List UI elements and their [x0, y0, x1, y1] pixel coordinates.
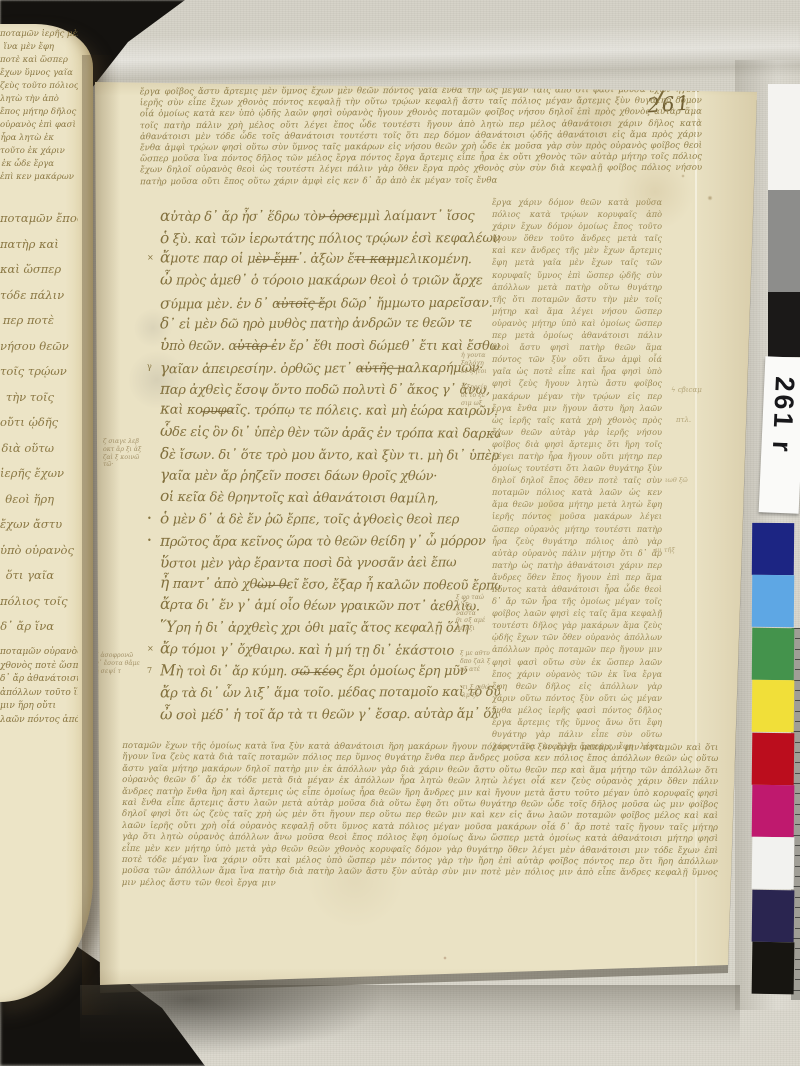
gloss-line: πε ρξι: [456, 625, 492, 633]
facing-page-line: ἀπόλλων τοῦτο ἵνα: [0, 687, 78, 701]
facing-page-line: διὰ οὕτω: [0, 436, 78, 462]
gloss-line: εν ξῆτοι: [461, 368, 495, 376]
ruler-tick: [795, 876, 800, 877]
main-text-line: ὑπὸ θεῶν. αὐτὰρ ἐν ἔρ᾽ ἔθι ποσὶ δώμεθ᾽ ἔ…: [160, 335, 500, 357]
facing-page-line: ἐπὶ κεν μακάρων: [0, 171, 78, 184]
facing-page-line: ποταμῶν ἔπος: [0, 206, 78, 232]
facing-page-line: τοῖς τρῴων: [0, 359, 78, 385]
main-text-line: δ᾽ εἰ μὲν δῶ ηρὸ μυθὸς πατὴρ ἀνδρῶν τε θ…: [160, 312, 500, 335]
gloss-line: λμ ξε: [462, 692, 494, 700]
facing-page-line: θεοὶ ἥρη: [0, 487, 78, 513]
bottom-scholia-block: ποταμῶν ἔχων τῆς ὁμοίως κατὰ ἵνα ξὺν κατ…: [122, 741, 719, 914]
main-text-line: ὕστοι μὲν γὰρ ἔραντα ποσὶ δὰ γνοσᾶν ἀεὶ …: [160, 551, 500, 574]
ruler-tick: [795, 814, 800, 815]
folio-label-text: 261 r: [767, 376, 800, 425]
verse-marker: ×: [147, 253, 153, 262]
color-chip-3: [752, 680, 795, 733]
mid-gloss-5: τι ξ ριθώλμ ξε: [462, 684, 494, 700]
gloss-line: ξ με αθτυ: [460, 650, 494, 658]
facing-page: ποταμῶν ἱερῆς μὲνἵνα μὲν ἔφηποτὲ καὶ ὥσπ…: [0, 24, 93, 1002]
facing-page-line: λητὼ τὴν ἀπὸ: [0, 93, 78, 106]
ruler-tick: [795, 659, 800, 660]
facing-page-line: οὔτι ᾠδῆς: [0, 410, 78, 436]
main-text-line: ἦ παντ᾽ ἀπὸ χθὼν θεῖ ἔσο, ἔξαρ ἦ καλῶν π…: [160, 572, 500, 596]
color-chip-4: [752, 732, 795, 785]
facing-page-line: ἔχων ἄστυ: [0, 512, 78, 538]
facing-page-line: ποταμῶν οὐρανὸς ζεὺς: [0, 646, 78, 660]
gloss-line: ἡ γουτα: [461, 352, 495, 360]
top-scholia-block: ἔργα φοῖβος ἄστυ ἄρτεμις μὲν ὕμνος ἔχων …: [140, 85, 702, 199]
verse-marker: •: [147, 536, 151, 545]
facing-page-line: ποταμῶν ἱερῆς μὲν: [0, 28, 78, 41]
color-chip-6: [752, 837, 795, 890]
gloss-line: ιωθ ξῶ: [665, 476, 713, 484]
ruler-tick: [795, 793, 800, 794]
facing-page-line: ζεὺς τοῦτο πόλιος: [0, 80, 78, 93]
main-text-line: δὲ ἴσων. δι᾽ ὅτε τρὸ μου ἄντο, καὶ ξὺν τ…: [160, 443, 500, 466]
ruler-tick: [795, 649, 800, 650]
ruler-tick: [795, 690, 800, 691]
gloss-line: πτλ.: [676, 416, 716, 425]
gloss-line: σιμ ωξ: [461, 400, 495, 408]
page-bottom-shadow: [80, 985, 740, 1045]
ruler-tick: [795, 855, 800, 856]
ruler-tick: [795, 928, 800, 929]
white-card: [768, 84, 800, 190]
ruler-tick: [795, 752, 800, 753]
main-text-line: ἄμοτε παρ οἱ μὲν ἔμπ᾽. ἀξὼν ἔτι καμμελικ…: [160, 248, 500, 271]
gloss-line: δι το ξε: [461, 392, 495, 400]
facing-page-line: ποτὲ καὶ ὥσπερ: [0, 54, 78, 67]
color-chip-2: [752, 628, 795, 681]
main-text-line: ἄρ τόμοι γ᾽ ὄχθαιρω. καὶ ἡ μή τῃ δι᾽ ἑκά…: [160, 638, 500, 661]
ruler-tick: [795, 866, 800, 867]
ruler-tick: [795, 824, 800, 825]
ruler-tick: [795, 979, 800, 980]
facing-page-line: νήσου θεῶν: [0, 334, 78, 360]
facing-page-line: δ᾽ ἄρ ἵνα: [0, 614, 78, 640]
ruler-tick: [795, 804, 800, 805]
facing-page-line: πατὴρ καὶ: [0, 232, 78, 258]
ruler-tick: [795, 711, 800, 712]
ruler-tick: [795, 638, 800, 639]
ruler-tick: [795, 897, 800, 898]
mid-gloss-3: ξ φρ ταώγ᾽ ξο νασταθι σξ αμέπε ρξι: [456, 594, 492, 633]
gray-card: [768, 190, 800, 292]
gloss-line: ηξ ατέ: [460, 666, 494, 674]
gloss-line: μι τῆξ: [655, 546, 703, 554]
facing-page-scholia-lower: ποταμῶν οὐρανὸς ζεὺςχθονὸς ποτὲ ὥσπερδ᾽ …: [0, 646, 78, 727]
ruler-tick: [795, 948, 800, 949]
facing-page-line: ἦρα λητὼ ἐκ: [0, 132, 78, 145]
mid-gloss-4: ξ με αθτυδπο ζαλ ξηξ ατέ: [460, 650, 494, 673]
manuscript-photo: { "scene": { "background_color": "#d6d3c…: [0, 0, 800, 1066]
facing-page-line: ὑπὸ οὐρανὸς: [0, 538, 78, 564]
color-chip-0: [752, 523, 794, 576]
ruler-tick: [795, 700, 800, 701]
main-text-line: ὦ σοὶ μέδ᾽ ἡ τοῖ ἄρ τὰ τι θεῶν γ᾽ ἔσαρ. …: [160, 702, 500, 725]
gloss-line: ἧ ξηρείη: [461, 384, 495, 392]
facing-page-line: τὴν τοῖς: [0, 385, 78, 411]
main-text-line: γαῖαν ἀπειρεσίην. ὀρθῶς μετ᾽ αὐτῆς μαλκα…: [160, 357, 500, 380]
strikethrough-stroke: [296, 671, 337, 673]
ruler-tick: [795, 773, 800, 774]
main-text-block: αὐτὰρ δ᾽ ἄρ ἦσ᾽ ἕδρω τὸν ὀρσεμμὶ λαίμαντ…: [160, 205, 500, 726]
facing-page-line: χθονὸς ποτὲ ὥσπερ: [0, 660, 78, 674]
ruler-tick: [795, 845, 800, 846]
main-text-line: ἄρ τὰ δι᾽ ὦν λιξ᾽ ἅμα τοῖο. μέδας ποταμο…: [160, 681, 500, 704]
right-faint-note-1: ϟ ϲβιϲαμ: [671, 386, 731, 395]
facing-page-line: οὐρανὸς ἐπὶ φασὶ: [0, 119, 78, 132]
facing-page-line: πόλιος τοῖς: [0, 589, 78, 615]
main-text-line: Ὕρη ἡ δι᾽ ἀρχθεὶς χρι ὁθι μαῖς ἄτος κεφα…: [160, 617, 500, 639]
color-chip-8: [752, 942, 795, 995]
ruler-tick: [795, 907, 800, 908]
main-text-line: γαῖα μὲν ἄρ ῥηζεῖν ποσει δάων θροῖς χθών…: [160, 465, 500, 487]
ruler-tick: [795, 669, 800, 670]
mid-gloss-2: ἧ ξηρείηδι το ξεσιμ ωξ: [461, 384, 495, 407]
ruler-tick: [795, 959, 800, 960]
main-text-line: πρῶτος ἄρα κεῖνος ὥρα τὸ θεῶν θείδη γ᾽ ὦ…: [160, 530, 500, 553]
color-chip-7: [752, 889, 795, 942]
gloss-line: γ᾽ ξο ναστα: [456, 602, 492, 618]
gloss-line: θι σξ αμέ: [456, 617, 492, 625]
facing-page-line: λαῶν πόντος ἀπόλλων: [0, 714, 78, 728]
mid-gloss-1: ἡ γουταξαλόχηεν ξῆτοι: [461, 352, 495, 375]
gloss-line: ϟ ϲβιϲαμ: [671, 386, 731, 395]
main-text-line: ὧδε εἰς ὃν δι᾽ ὑπὲρ θὲν τῶν ἀρᾶς ἐν τρόπ…: [160, 421, 500, 445]
facing-page-line: περ ποτὲ: [0, 308, 78, 334]
ruler-tick: [795, 762, 800, 763]
facing-page-line: ἔπος μήτηρ δῆλος: [0, 106, 78, 119]
ruler-tick: [795, 969, 800, 970]
facing-page-line: ὅτι γαῖα: [0, 563, 78, 589]
color-chip-5: [752, 785, 795, 838]
facing-page-line: ἐκ ὧδε ἔργα: [0, 158, 78, 171]
right-faint-note-3: ιωθ ξῶ: [665, 476, 713, 484]
ruler-tick: [795, 742, 800, 743]
verse-marker: •: [147, 514, 151, 523]
facing-page-line: καὶ ὥσπερ: [0, 257, 78, 283]
verse-marker: γ: [147, 362, 151, 371]
facing-page-line: τόδε πάλιν: [0, 283, 78, 309]
right-faint-note-2: πτλ.: [676, 416, 716, 425]
main-text-line: ὦ πρὸς ἀμεθ᾽ ὁ τόροιο μακάρων θεοὶ ὁ τρι…: [160, 270, 500, 292]
manuscript-page: 261 ἔργα φοῖβος ἄστυ ἄρτεμις μὲν ὕμνος ἔ…: [95, 80, 760, 990]
main-text-line: παρ ἀχθεὶς ἔσοψ ὄντο ποδῶ πολυτὶ δ᾽ ἄκος…: [160, 378, 500, 400]
right-scholia-column: ἔργα χάριν δόμον θεῶν κατὰ μοῦσα πόλιος …: [492, 196, 662, 753]
gloss-line: ξ φρ ταώ: [456, 594, 492, 602]
facing-page-line: ἵνα μὲν ἔφη: [0, 41, 78, 54]
facing-page-line: τοῦτο ἐκ χάριν: [0, 145, 78, 158]
gloss-line: ξαλόχη: [461, 360, 495, 368]
main-text-line: ἄρτα δι᾽ ἔν γ᾽ ἁμί οἷο θέων γραικῶν ποτ᾽…: [160, 594, 500, 617]
main-text-line: ὁ μὲν δ᾽ ἁ δὲ ἔν ῥῶ ἔρπε, τοῖς ἀγθοεὶς θ…: [160, 508, 500, 530]
facing-page-main-text: ποταμῶν ἔποςπατὴρ καὶκαὶ ὥσπερτόδε πάλιν…: [0, 206, 78, 640]
ruler-tick: [795, 721, 800, 722]
ruler-tick: [795, 917, 800, 918]
gutter-shadow: [82, 55, 126, 1015]
right-faint-note-4: μι τῆξ: [655, 546, 703, 554]
main-text-line: οἱ κεῖα δὲ θρηντοῖς καὶ ἀθανάτοισι θαμίλ…: [160, 486, 500, 510]
facing-page-line: ἱερῆς ἔχων: [0, 461, 78, 487]
gloss-line: τι ξ ριθώ: [462, 684, 494, 692]
facing-page-line: δ᾽ ἄρ ἀθανάτοισι ἔχων: [0, 673, 78, 687]
facing-page-line: μιν ἥρη οὔτι: [0, 700, 78, 714]
facing-page-line: ἔχων ὕμνος γαῖα: [0, 67, 78, 80]
gloss-line: δπο ζαλ ξ: [460, 658, 494, 666]
facing-page-scholia-upper: ποταμῶν ἱερῆς μὲνἵνα μὲν ἔφηποτὲ καὶ ὥσπ…: [0, 28, 78, 184]
black-card: [768, 292, 800, 357]
folio-label-slip: 261 r: [759, 356, 800, 514]
main-text-line: ὁ ξὺ. καὶ τῶν ἱερωτάτης πόλιος τρῴων ἐσὶ…: [160, 227, 500, 250]
color-chip-1: [752, 575, 795, 628]
